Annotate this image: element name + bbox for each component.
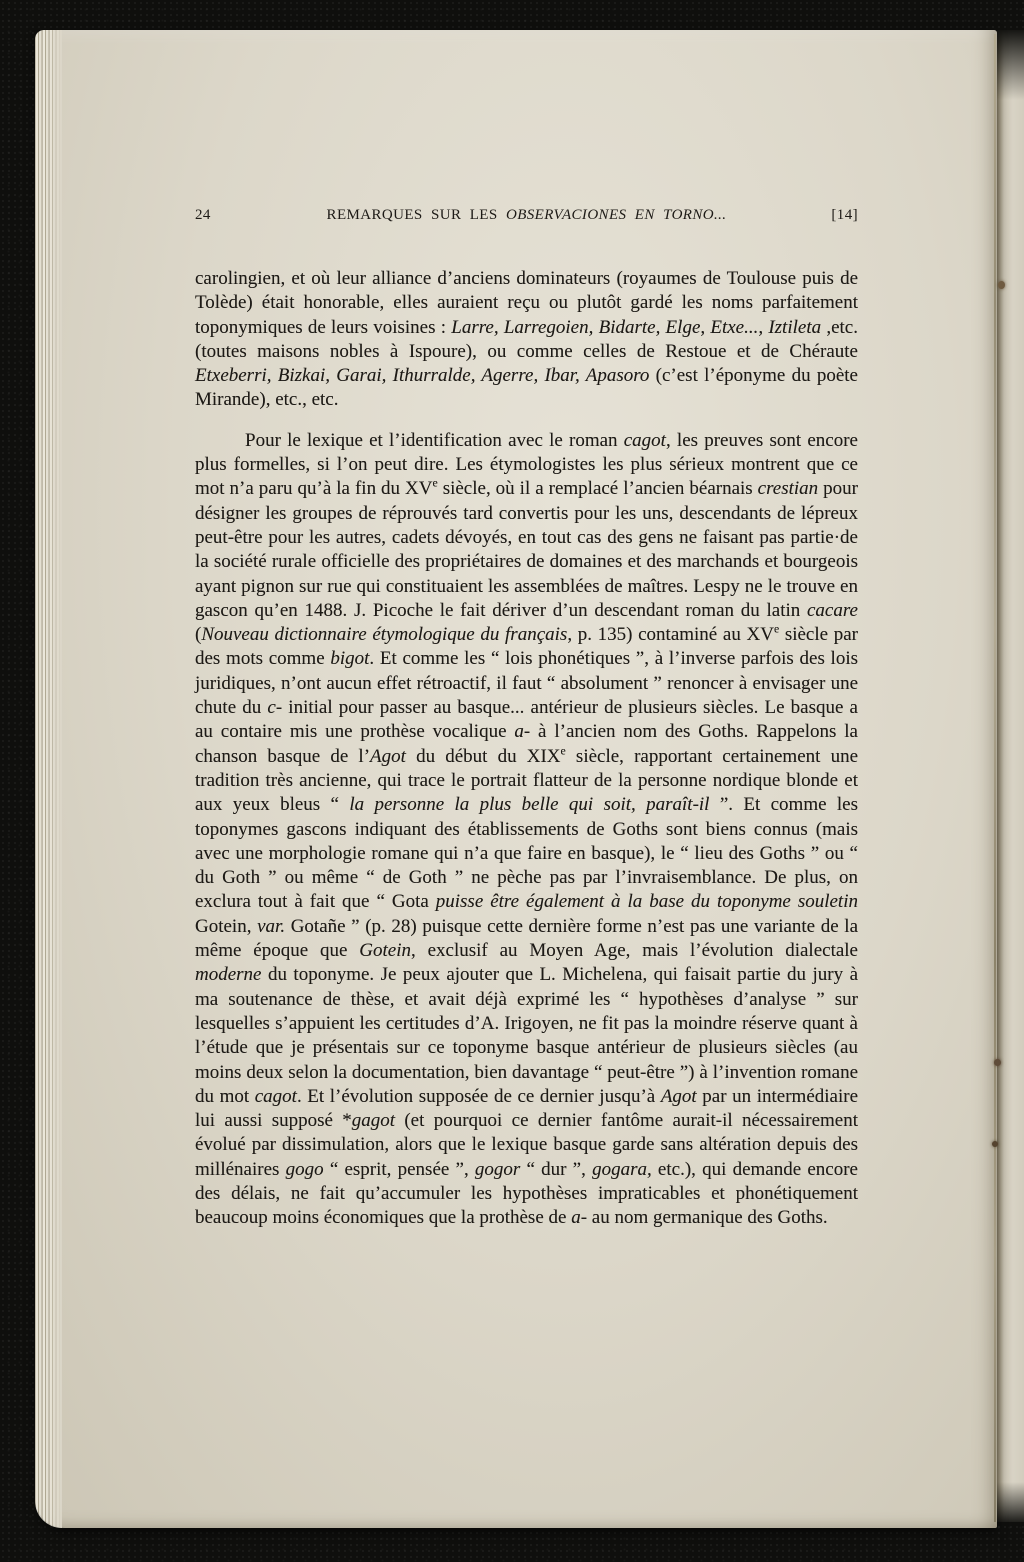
paragraph: Pour le lexique et l’identification avec… bbox=[195, 429, 858, 1231]
bracket-folio-number: [14] bbox=[798, 205, 858, 225]
binding-stitch-speck bbox=[994, 1059, 1001, 1066]
running-title-italic: OBSERVACIONES EN TORNO... bbox=[506, 207, 726, 223]
binding-stitch-speck bbox=[998, 281, 1005, 289]
book-page: 24 REMARQUES SUR LES OBSERVACIONES EN TO… bbox=[35, 30, 997, 1528]
page-content: 24 REMARQUES SUR LES OBSERVACIONES EN TO… bbox=[195, 205, 858, 1231]
paragraph: carolingien, et où leur alliance d’ancie… bbox=[195, 267, 858, 413]
page-stack-edges bbox=[35, 30, 62, 1528]
scanner-background: { "colors": { "background": "#0f0f0d", "… bbox=[0, 0, 1024, 1562]
body-text: carolingien, et où leur alliance d’ancie… bbox=[195, 267, 858, 1231]
binding-gutter-fold bbox=[994, 34, 996, 1522]
running-title-roman: REMARQUES SUR LES bbox=[327, 207, 506, 223]
facing-page-edge bbox=[997, 30, 1024, 1522]
binding-stitch-speck bbox=[992, 1141, 998, 1147]
running-header: 24 REMARQUES SUR LES OBSERVACIONES EN TO… bbox=[195, 205, 858, 225]
running-title: REMARQUES SUR LES OBSERVACIONES EN TORNO… bbox=[255, 205, 798, 225]
page-number: 24 bbox=[195, 205, 255, 225]
